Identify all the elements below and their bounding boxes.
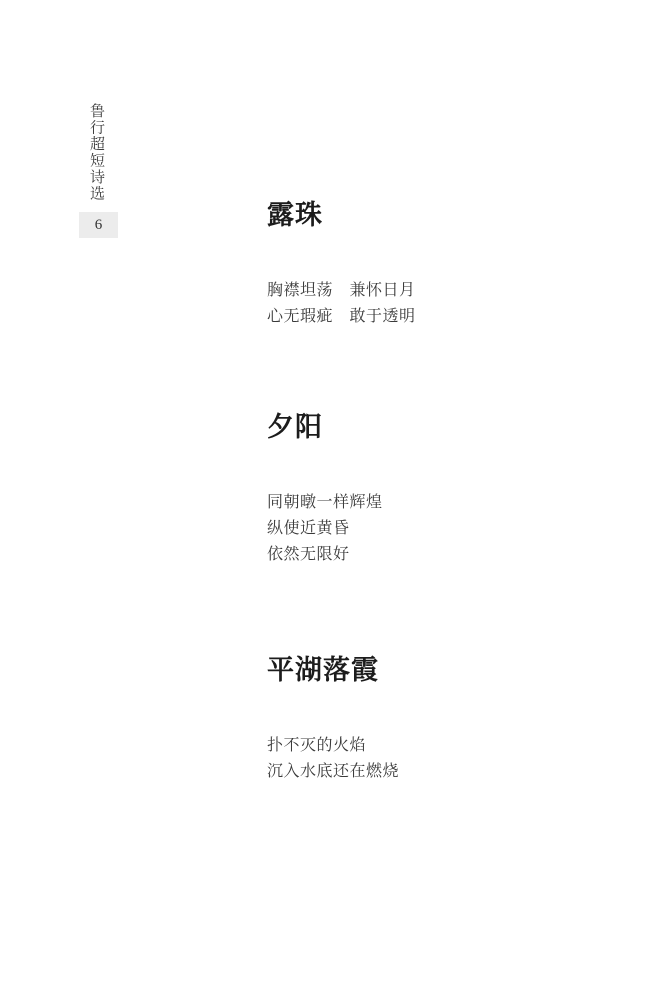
poem-lake-sunset-glow: 平湖落霞 扑不灭的火焰 沉入水底还在燃烧: [267, 653, 627, 785]
poem-line: 纵使近黄昏: [267, 516, 627, 542]
page-number: 6: [95, 217, 103, 234]
book-page: 鲁行超短诗选 6 露珠 胸襟坦荡 兼怀日月 心无瑕疵 敢于透明 夕阳 同朝暾一样…: [0, 0, 669, 1000]
poem-line: 同朝暾一样辉煌: [267, 490, 627, 516]
page-number-badge: 6: [79, 212, 118, 238]
poem-sunset: 夕阳 同朝暾一样辉煌 纵使近黄昏 依然无限好: [267, 410, 627, 568]
poem-body: 扑不灭的火焰 沉入水底还在燃烧: [267, 733, 627, 785]
poem-body: 胸襟坦荡 兼怀日月 心无瑕疵 敢于透明: [267, 278, 627, 330]
poem-line: 依然无限好: [267, 542, 627, 568]
poem-title: 平湖落霞: [267, 653, 627, 687]
poem-line: 沉入水底还在燃烧: [267, 759, 627, 785]
poem-line: 胸襟坦荡 兼怀日月: [267, 278, 627, 304]
poem-body: 同朝暾一样辉煌 纵使近黄昏 依然无限好: [267, 490, 627, 568]
poem-title: 夕阳: [267, 410, 627, 444]
poem-title: 露珠: [267, 198, 627, 232]
poem-line: 心无瑕疵 敢于透明: [267, 304, 627, 330]
poem-dewdrop: 露珠 胸襟坦荡 兼怀日月 心无瑕疵 敢于透明: [267, 198, 627, 330]
poem-line: 扑不灭的火焰: [267, 733, 627, 759]
spine-book-title: 鲁行超短诗选: [86, 103, 107, 202]
